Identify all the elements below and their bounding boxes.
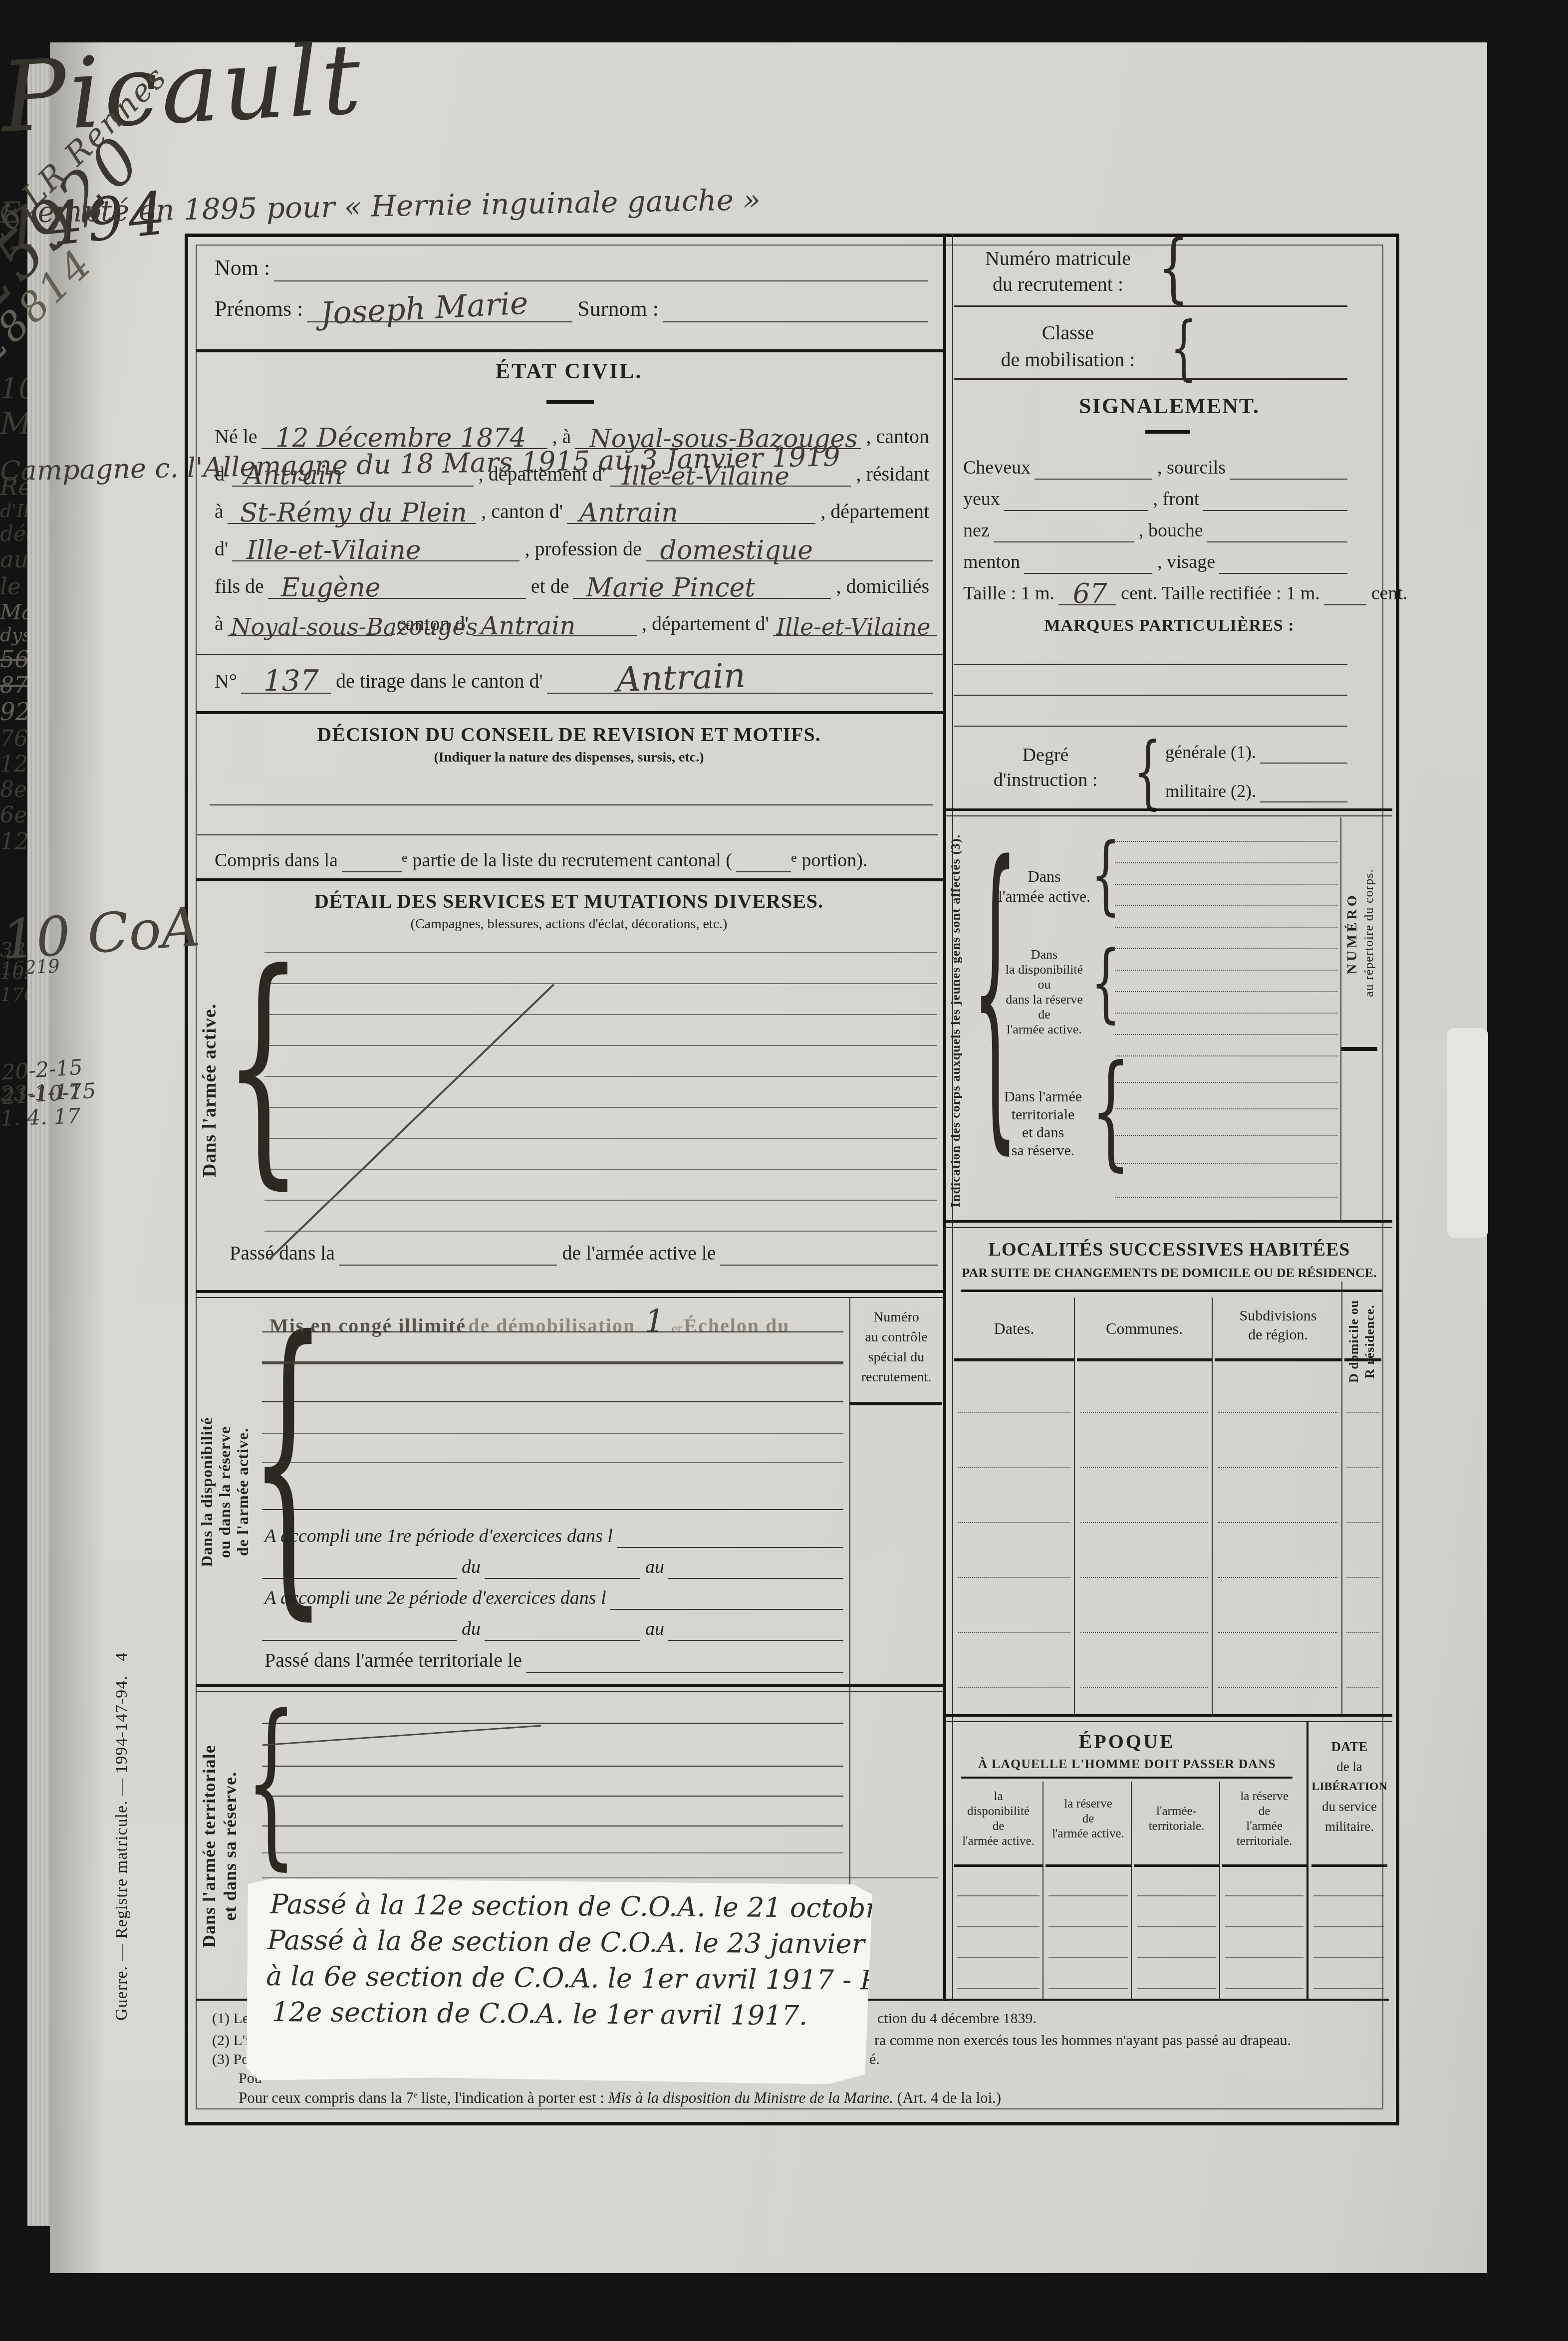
visage-label: , visage xyxy=(1152,551,1219,574)
du-label-1: du xyxy=(457,1556,485,1579)
classe-brace: { xyxy=(1170,313,1197,383)
heavy-pen-underline xyxy=(262,1361,843,1364)
stamp-part-3: Échelon du xyxy=(684,1314,789,1337)
compris-sup-1: e xyxy=(402,850,408,872)
passe-territoriale-field xyxy=(526,1644,843,1673)
rule xyxy=(1115,1197,1337,1198)
epoque-col1-header: ladisponibilitédel'armée active. xyxy=(954,1789,1043,1849)
epoque-sep-2 xyxy=(1131,1782,1132,1999)
prenoms-field: Joseph Marie xyxy=(307,291,572,322)
rule xyxy=(1115,1108,1337,1109)
degre-label-2: d'instruction : xyxy=(968,768,1123,792)
nom-label: Nom : xyxy=(215,255,274,281)
rule xyxy=(262,1433,843,1434)
generale-field xyxy=(1260,737,1347,764)
rule xyxy=(262,1852,843,1853)
birthdate-field: 12 Décembre 1874 xyxy=(261,417,547,449)
canton2-hw: Antrain xyxy=(579,498,678,528)
ne-le-label: Né le xyxy=(215,425,261,449)
periode2-label: A accompli une 2e période d'exercices da… xyxy=(264,1587,610,1610)
rule xyxy=(262,1877,938,1878)
marine-sup: e xyxy=(413,2090,417,2099)
rule xyxy=(264,983,937,984)
mother-hw: Marie Pincet xyxy=(586,573,755,603)
taille-hw: 67 xyxy=(1073,578,1107,609)
footnote-1-left: (1) Le xyxy=(212,2010,249,2027)
tirage-num-field: 137 xyxy=(241,662,331,694)
localites-col-sep-1 xyxy=(1074,1298,1075,1714)
surnom-field xyxy=(663,291,928,322)
menton-label: menton xyxy=(963,551,1024,574)
epoque-subtitle: À LAQUELLE L'HOMME DOIT PASSER DANS xyxy=(946,1757,1307,1772)
du-label-2: du xyxy=(457,1618,485,1641)
rule xyxy=(1115,1163,1337,1164)
rule xyxy=(1115,948,1337,949)
decision-subtitle: (Indiquer la nature des dispenses, sursi… xyxy=(210,750,928,766)
epoque-col2-header: la réservedel'armée active. xyxy=(1045,1797,1131,1841)
canton3-field: Antrain xyxy=(473,604,637,636)
nez-label: nez xyxy=(963,520,994,542)
dispo-side-label-2: ou dans la réserve xyxy=(216,1322,234,1662)
controle-end-bar xyxy=(849,1402,942,1405)
marine-part-3: Mis à la disposition du Ministre de la M… xyxy=(608,2089,893,2106)
front-label: , front xyxy=(1148,488,1204,511)
et-de-label: et de xyxy=(526,574,573,599)
bouche-label: , bouche xyxy=(1134,520,1207,542)
spine-caption: Guerre. — Registre matricule. — 1994-147… xyxy=(112,1562,135,2111)
au-label-1: au xyxy=(640,1556,668,1579)
rule xyxy=(196,1691,943,1692)
dispo-side-label-3: de l'armée active. xyxy=(234,1322,252,1662)
fils-de-label: fils de xyxy=(215,574,268,599)
departement3-field: Ille-et-Vilaine xyxy=(773,604,937,636)
localites-col-communes: Communes. xyxy=(1077,1319,1212,1338)
localites-subtitle: PAR SUITE DE CHANGEMENTS DE DOMICILE OU … xyxy=(946,1266,1392,1281)
departement2-hw: Ille-et-Vilaine xyxy=(247,535,421,565)
front-field xyxy=(1203,482,1347,511)
parents-commune-hw: Noyal-sous-Bazouges xyxy=(231,613,478,640)
rule xyxy=(264,1169,937,1170)
passe-active-field-2 xyxy=(720,1236,938,1266)
tirage-canton-field: Antrain xyxy=(547,662,933,694)
localites-col-dates: Dates. xyxy=(954,1319,1074,1338)
father-field: Eugène xyxy=(268,567,526,599)
bouche-field xyxy=(1207,514,1347,542)
profession-field: domestique xyxy=(646,529,933,561)
header-rule-3 xyxy=(1215,1358,1341,1361)
stamp-echelon-sup: er xyxy=(672,1321,682,1335)
passe-active-label-1: Passé dans la xyxy=(230,1241,339,1266)
rule xyxy=(264,1200,937,1201)
periode1-field xyxy=(617,1520,843,1548)
yeux-field xyxy=(1004,482,1148,511)
localites-col-sep-2 xyxy=(1212,1298,1213,1714)
matricule-label-2: du recrutement : xyxy=(961,271,1155,297)
rule xyxy=(262,1796,843,1797)
rule xyxy=(264,1231,937,1232)
rule xyxy=(196,1684,943,1687)
controle-line-2: au contrôle xyxy=(851,1327,941,1347)
spine-caption-number: 4 xyxy=(112,1652,131,1661)
epoque-sep-3 xyxy=(1219,1782,1220,1999)
taille-field: 67 xyxy=(1058,576,1116,605)
footnote-2-right: ra comme non exercés tous les hommes n'a… xyxy=(874,2032,1291,2049)
generale-label: générale (1). xyxy=(1165,742,1260,764)
group3-label: Dans l'armée territoriale et dans sa rés… xyxy=(993,1088,1093,1160)
group3-line-4: sa réserve. xyxy=(993,1142,1093,1160)
du-field-1 xyxy=(485,1551,640,1579)
degre-label: Degré d'instruction : xyxy=(968,743,1123,792)
stamp-part-1: Mis en congé illimité xyxy=(269,1314,466,1337)
epoque-title: ÉPOQUE xyxy=(946,1730,1307,1753)
matricule-label: Numéro matricule du recrutement : xyxy=(961,246,1155,297)
father-hw: Eugène xyxy=(281,573,381,603)
title-dash xyxy=(546,400,594,404)
footnote-2-left: (2) L'i xyxy=(212,2032,250,2049)
footnote-marine: Pour ceux compris dans la 7e liste, l'in… xyxy=(239,2089,1001,2107)
rule xyxy=(262,1509,843,1510)
rule xyxy=(954,305,1347,307)
dispo-side-label-1: Dans la disponibilité xyxy=(198,1322,216,1662)
etat-civil-title: ÉTAT CIVIL. xyxy=(210,358,928,384)
scanned-register-page: Guerre. — Registre matricule. — 1994-147… xyxy=(0,0,1568,2341)
periode2-field xyxy=(610,1582,843,1610)
taille-label: Taille : 1 m. xyxy=(963,582,1058,605)
menton-field xyxy=(1024,545,1152,574)
subdiv-line-1: Subdivisions xyxy=(1215,1306,1341,1325)
passe-active-label-2: de l'armée active le xyxy=(557,1241,720,1266)
decision-title: DÉCISION DU CONSEIL DE REVISION ET MOTIF… xyxy=(210,723,928,746)
rule xyxy=(262,1462,843,1463)
header-rule-2 xyxy=(1077,1358,1212,1361)
canton3-hw: Antrain xyxy=(481,611,575,640)
rule xyxy=(262,1401,843,1402)
footnote-1-right: ction du 4 décembre 1839. xyxy=(877,2010,1037,2027)
epoque-sep-heavy xyxy=(1307,1722,1308,1999)
signalement-title: SIGNALEMENT. xyxy=(946,393,1392,419)
marine-part-2: liste, l'indication à porter est : xyxy=(421,2089,604,2106)
marine-part-1: Pour ceux compris dans la 7 xyxy=(239,2089,413,2106)
epoque-brace-rule xyxy=(961,1777,1293,1779)
subdiv-line-2: de région. xyxy=(1215,1325,1341,1344)
epoque-col3-header: l'armée-territoriale. xyxy=(1134,1804,1219,1834)
rule xyxy=(954,664,1347,665)
tirage-canton-hw: Antrain xyxy=(616,656,746,700)
classe-label-2: de mobilisation : xyxy=(971,346,1165,373)
tirage-num-hw: 137 xyxy=(263,664,319,698)
yeux-label: yeux xyxy=(963,488,1004,511)
du-field-2 xyxy=(485,1613,640,1641)
au-label-2: au xyxy=(640,1618,668,1641)
localites-brace-rule xyxy=(961,1290,1382,1292)
epoque-sep-1 xyxy=(1043,1782,1044,1999)
surnom-label: Surnom : xyxy=(572,296,663,322)
torn-page-edge xyxy=(1447,1028,1488,1238)
passe-active-field-1 xyxy=(339,1236,557,1266)
residence-hw: St-Rémy du Plein xyxy=(240,498,467,528)
taille-rect-label: cent. Taille rectifiée : 1 m. xyxy=(1116,582,1324,605)
degre-brace: { xyxy=(1134,732,1162,811)
periode1-corps-field xyxy=(262,1551,457,1579)
rule xyxy=(946,1721,1392,1722)
stamp-part-2: de démobilisation xyxy=(468,1314,635,1337)
rule xyxy=(210,804,933,805)
marques-title: MARQUES PARTICULIÈRES : xyxy=(946,616,1392,635)
matricule-brace: { xyxy=(1158,231,1189,305)
degre-label-1: Degré xyxy=(968,743,1123,768)
terr-side-label-1: Dans l'armée territoriale xyxy=(199,1707,219,1986)
tirage-label: de tirage dans le canton d' xyxy=(331,669,547,694)
rule xyxy=(946,1227,1392,1228)
header-rule-1 xyxy=(954,1358,1074,1361)
group3-line-2: territoriale xyxy=(993,1106,1093,1124)
controle-line-3: spécial du xyxy=(851,1347,941,1367)
a2-label: à xyxy=(215,500,228,524)
a3-label: à xyxy=(215,612,228,636)
nez-field xyxy=(994,514,1134,542)
d2-label: d' xyxy=(215,537,232,561)
title-dash xyxy=(1145,430,1190,434)
departement3-hw: Ille-et-Vilaine xyxy=(776,613,930,640)
marine-part-4: (Art. 4 de la loi.) xyxy=(897,2089,1001,2106)
canton2-label: , canton d' xyxy=(476,500,567,524)
localites-col-subdiv: Subdivisions de région. xyxy=(1215,1306,1341,1344)
periode2-corps-field xyxy=(262,1613,457,1641)
rule xyxy=(197,834,938,835)
departement2-field: Ille-et-Vilaine xyxy=(232,529,520,561)
note-line-4: 12e section de C.O.A. le 1er avril 1917. xyxy=(271,1996,807,2031)
epoque-col4-header: la réservedel'arméeterritoriale. xyxy=(1222,1789,1307,1849)
parents-commune-field: Noyal-sous-Bazouges xyxy=(228,604,392,636)
cent-label: cent. xyxy=(1366,582,1412,605)
spine-caption-text: Guerre. — Registre matricule. — 1994-147… xyxy=(112,1675,131,2021)
departement3-label: , département d' xyxy=(637,612,773,636)
militaire-field xyxy=(1260,776,1347,802)
profession-hw: domestique xyxy=(660,535,813,565)
book-page-edges xyxy=(27,60,50,2226)
taille-rect-field xyxy=(1324,576,1366,605)
group2-line-2: la disponibilité xyxy=(996,962,1093,977)
prenoms-label: Prénoms : xyxy=(215,296,307,322)
passe-territoriale-label: Passé dans l'armée territoriale le xyxy=(264,1648,526,1673)
residence-field: St-Rémy du Plein xyxy=(228,492,476,524)
rule xyxy=(262,1331,843,1332)
terr-side-label-2: et dans sa réserve. xyxy=(220,1707,240,1986)
canton2-field: Antrain xyxy=(567,492,815,524)
localites-title: LOCALITÉS SUCCESSIVES HABITÉES xyxy=(946,1239,1392,1261)
rule xyxy=(196,654,943,655)
group2-line-1: Dans xyxy=(996,947,1093,962)
rule xyxy=(262,1825,843,1826)
domicilies-label: , domiciliés xyxy=(831,574,933,599)
rule xyxy=(1115,1034,1337,1035)
rule xyxy=(946,1220,1392,1223)
visage-field xyxy=(1219,545,1347,574)
rule xyxy=(1115,927,1337,928)
localites-side-label-2: R résidence. xyxy=(1362,1287,1377,1396)
controle-header: Numéro au contrôle spécial du recrutemen… xyxy=(851,1307,941,1387)
mother-field: Marie Pincet xyxy=(573,567,831,599)
au-field-1 xyxy=(668,1551,843,1579)
matricule-label-1: Numéro matricule xyxy=(961,246,1155,271)
stamp-echelon-number-hw: 1 xyxy=(637,1303,672,1340)
compris-label-1: Compris dans la xyxy=(215,849,342,872)
rule xyxy=(954,378,1347,380)
rule xyxy=(262,1723,843,1724)
periode1-label: A accompli une 1re période d'exercices d… xyxy=(264,1525,617,1548)
pasted-note: Passé à la 12e section de C.O.A. le 21 o… xyxy=(247,1878,873,2085)
terr-brace: { xyxy=(246,1692,297,1871)
profession-label: , profession de xyxy=(520,537,645,561)
compris-field-1 xyxy=(342,843,402,872)
rule xyxy=(946,1714,1392,1717)
rule xyxy=(1115,1135,1337,1136)
epoque-date-header: DATEde laLIBÉRATIONdu servicemilitaire. xyxy=(1311,1737,1387,1836)
controle-line-4: recrutement. xyxy=(851,1367,941,1387)
localites-col-sep-3 xyxy=(1341,1282,1342,1714)
localites-side-label-1: D domicile ou xyxy=(1346,1287,1361,1396)
demob-stamp-line: Mis en congé illimité de démobilisation … xyxy=(269,1303,790,1340)
header-rule-4 xyxy=(1344,1358,1381,1361)
group3-line-3: et dans xyxy=(993,1124,1093,1142)
rule xyxy=(954,695,1347,696)
au-field-2 xyxy=(668,1613,843,1641)
rule xyxy=(196,711,943,714)
rule xyxy=(262,1766,843,1767)
footnote-3-right: é. xyxy=(869,2051,880,2068)
tirage-no-label: N° xyxy=(215,669,241,694)
nom-field xyxy=(274,249,928,281)
rule xyxy=(196,349,943,352)
militaire-label: militaire (2). xyxy=(1165,780,1260,802)
rule xyxy=(264,1138,937,1139)
classe-label: Classe de mobilisation : xyxy=(971,319,1165,373)
departement2-label: , département xyxy=(815,500,933,524)
controle-line-1: Numéro xyxy=(851,1307,941,1327)
classe-label-1: Classe xyxy=(971,319,1165,346)
